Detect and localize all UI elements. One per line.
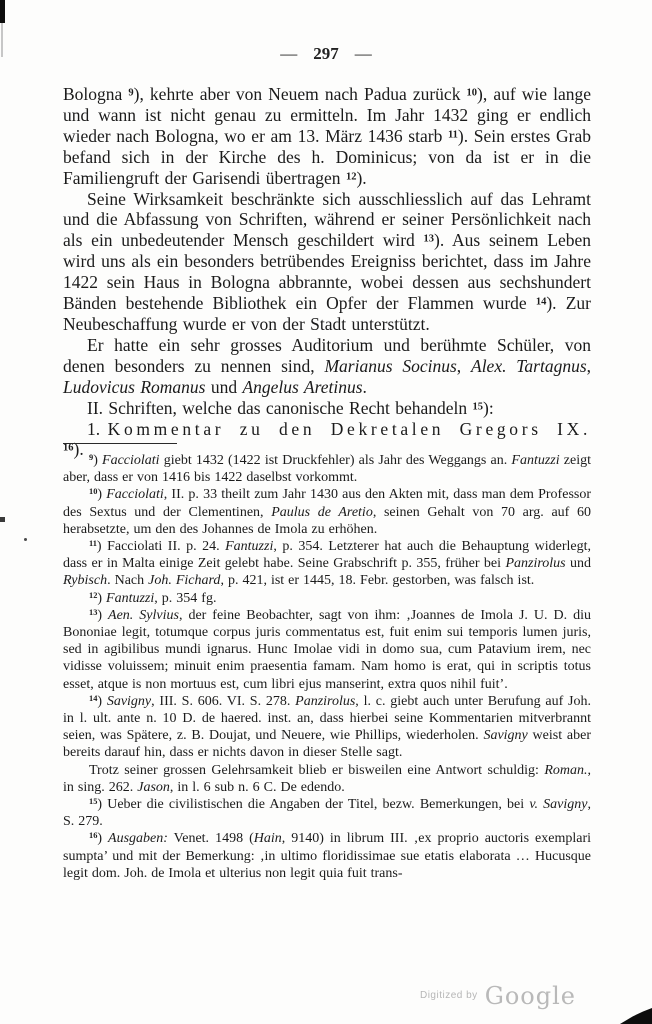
text-segment: Panzirolus — [505, 556, 565, 571]
text-segment: Fantuzzi — [511, 453, 559, 468]
watermark-prefix: Digitized by — [420, 990, 478, 1001]
text-segment: ) — [97, 591, 106, 606]
scan-artifact-corner-wedge — [620, 1008, 652, 1024]
footnote-marker: 11 — [448, 129, 458, 140]
text-segment: Kommentar zu den Dekretalen Gregors IX. — [108, 419, 591, 439]
text-segment: Ludovicus Romanus — [63, 377, 205, 397]
footnote: 11) Facciolati II. p. 24. Fantuzzi, p. 3… — [63, 538, 591, 590]
paragraph: II. Schriften, welche das canonische Rec… — [63, 398, 591, 419]
header-dash-right: — — [355, 44, 372, 63]
paragraph: Er hatte ein sehr grosses Auditorium und… — [63, 335, 591, 398]
footnote: 14) Savigny, III. S. 606. VI. S. 278. Pa… — [63, 693, 591, 762]
text-segment: ) — [97, 608, 108, 623]
text-segment: ) — [97, 487, 106, 502]
paragraph: Seine Wirksamkeit beschränkte sich aussc… — [63, 189, 591, 335]
scan-artifact-top-left — [0, 0, 5, 23]
header-dash-left: — — [280, 44, 297, 63]
text-segment: Savigny — [483, 728, 527, 743]
text-segment: Joh. Fichard — [148, 573, 220, 588]
text-segment: Alex. Tartagnus — [471, 356, 587, 376]
text-segment: Hain — [254, 831, 282, 846]
footnote: 9) Facciolati giebt 1432 (1422 ist Druck… — [63, 452, 591, 486]
google-logo: Google — [485, 982, 576, 1010]
page-number: 297 — [313, 44, 339, 63]
text-segment: Paulus de Aretio — [271, 505, 373, 520]
text-segment: Ausgaben: — [108, 831, 168, 846]
footnote: Trotz seiner grossen Gelehrsamkeit blieb… — [63, 762, 591, 796]
text-segment: Fantuzzi — [225, 539, 273, 554]
text-segment: Fantuzzi — [106, 591, 154, 606]
text-segment: Savigny — [107, 694, 151, 709]
footnote-marker: 13 — [424, 234, 435, 245]
text-segment: , III. S. 606. VI. S. 278. — [151, 694, 295, 709]
footnote-marker: 11 — [89, 539, 97, 548]
footnote: 13) Aen. Sylvius, der feine Beobachter, … — [63, 607, 591, 693]
text-segment: und — [566, 556, 591, 571]
paragraph: Bologna 9), kehrte aber von Neuem nach P… — [63, 84, 591, 189]
footnote-marker: 14 — [536, 296, 547, 307]
footnote: 10) Facciolati, II. p. 33 theilt zum Jah… — [63, 486, 591, 538]
footnote-marker: 15 — [473, 401, 484, 412]
footnote-separator — [63, 443, 177, 444]
text-segment: Marianus Socinus — [324, 356, 456, 376]
text-segment: , p. 421, ist er 1445, 18. Febr. gestorb… — [220, 573, 534, 588]
text-segment: , p. 354 fg. — [154, 591, 216, 606]
text-segment: II. Schriften, welche das canonische Rec… — [87, 398, 473, 418]
footnote-marker: 10 — [467, 87, 478, 98]
footnote: 16) Ausgaben: Venet. 1498 (Hain, 9140) i… — [63, 830, 591, 882]
text-segment: Jason — [137, 780, 170, 795]
text-segment: Angelus Aretinus — [242, 377, 362, 397]
body-text: Bologna 9), kehrte aber von Neuem nach P… — [63, 84, 591, 460]
footnote: 15) Ueber die civilistischen die Angaben… — [63, 796, 591, 830]
page-header: —297— — [0, 44, 652, 64]
text-segment: ) — [97, 694, 106, 709]
text-segment: ) — [97, 831, 108, 846]
text-segment: ) Ueber die civilistischen die Angaben d… — [97, 797, 529, 812]
text-segment: v. Savigny — [529, 797, 587, 812]
text-segment: Panzirolus — [295, 694, 355, 709]
text-segment: und — [205, 377, 242, 397]
footnotes-list: 9) Facciolati giebt 1432 (1422 ist Druck… — [63, 452, 591, 882]
text-segment: Roman. — [544, 763, 587, 778]
scan-artifact-top-left-tail — [1, 23, 3, 57]
text-segment: ) — [93, 453, 102, 468]
text-segment: ): — [483, 398, 494, 418]
footnote-marker: 12 — [346, 171, 357, 182]
text-segment: . Nach — [107, 573, 148, 588]
text-segment: , in l. 6 sub n. 6 C. De edendo. — [170, 780, 345, 795]
text-segment: Facciolati — [106, 487, 164, 502]
text-segment: , — [457, 356, 471, 376]
text-segment: Bologna — [63, 84, 128, 104]
scan-artifact-speck-1 — [0, 517, 5, 522]
text-segment: ). — [356, 168, 366, 188]
text-segment: Trotz seiner grossen Gelehrsamkeit blieb… — [89, 763, 544, 778]
scan-artifact-speck-2 — [24, 538, 27, 541]
text-segment: . — [363, 377, 367, 397]
scanned-book-page: —297— Bologna 9), kehrte aber von Neuem … — [0, 0, 652, 1024]
footnote: 12) Fantuzzi, p. 354 fg. — [63, 590, 591, 607]
digitized-by-google-watermark: Digitized byGoogle — [420, 982, 576, 1010]
text-segment: ), kehrte aber von Neuem nach Padua zurü… — [134, 84, 467, 104]
text-segment: Facciolati — [102, 453, 160, 468]
text-segment: Venet. 1498 ( — [168, 831, 254, 846]
text-segment: Rybisch — [63, 573, 107, 588]
text-segment: ) Facciolati II. p. 24. — [97, 539, 225, 554]
text-segment: 1. — [87, 419, 108, 439]
text-segment: Aen. Sylvius — [108, 608, 179, 623]
text-segment: giebt 1432 (1422 ist Druckfehler) als Ja… — [160, 453, 512, 468]
text-segment: , — [587, 356, 591, 376]
